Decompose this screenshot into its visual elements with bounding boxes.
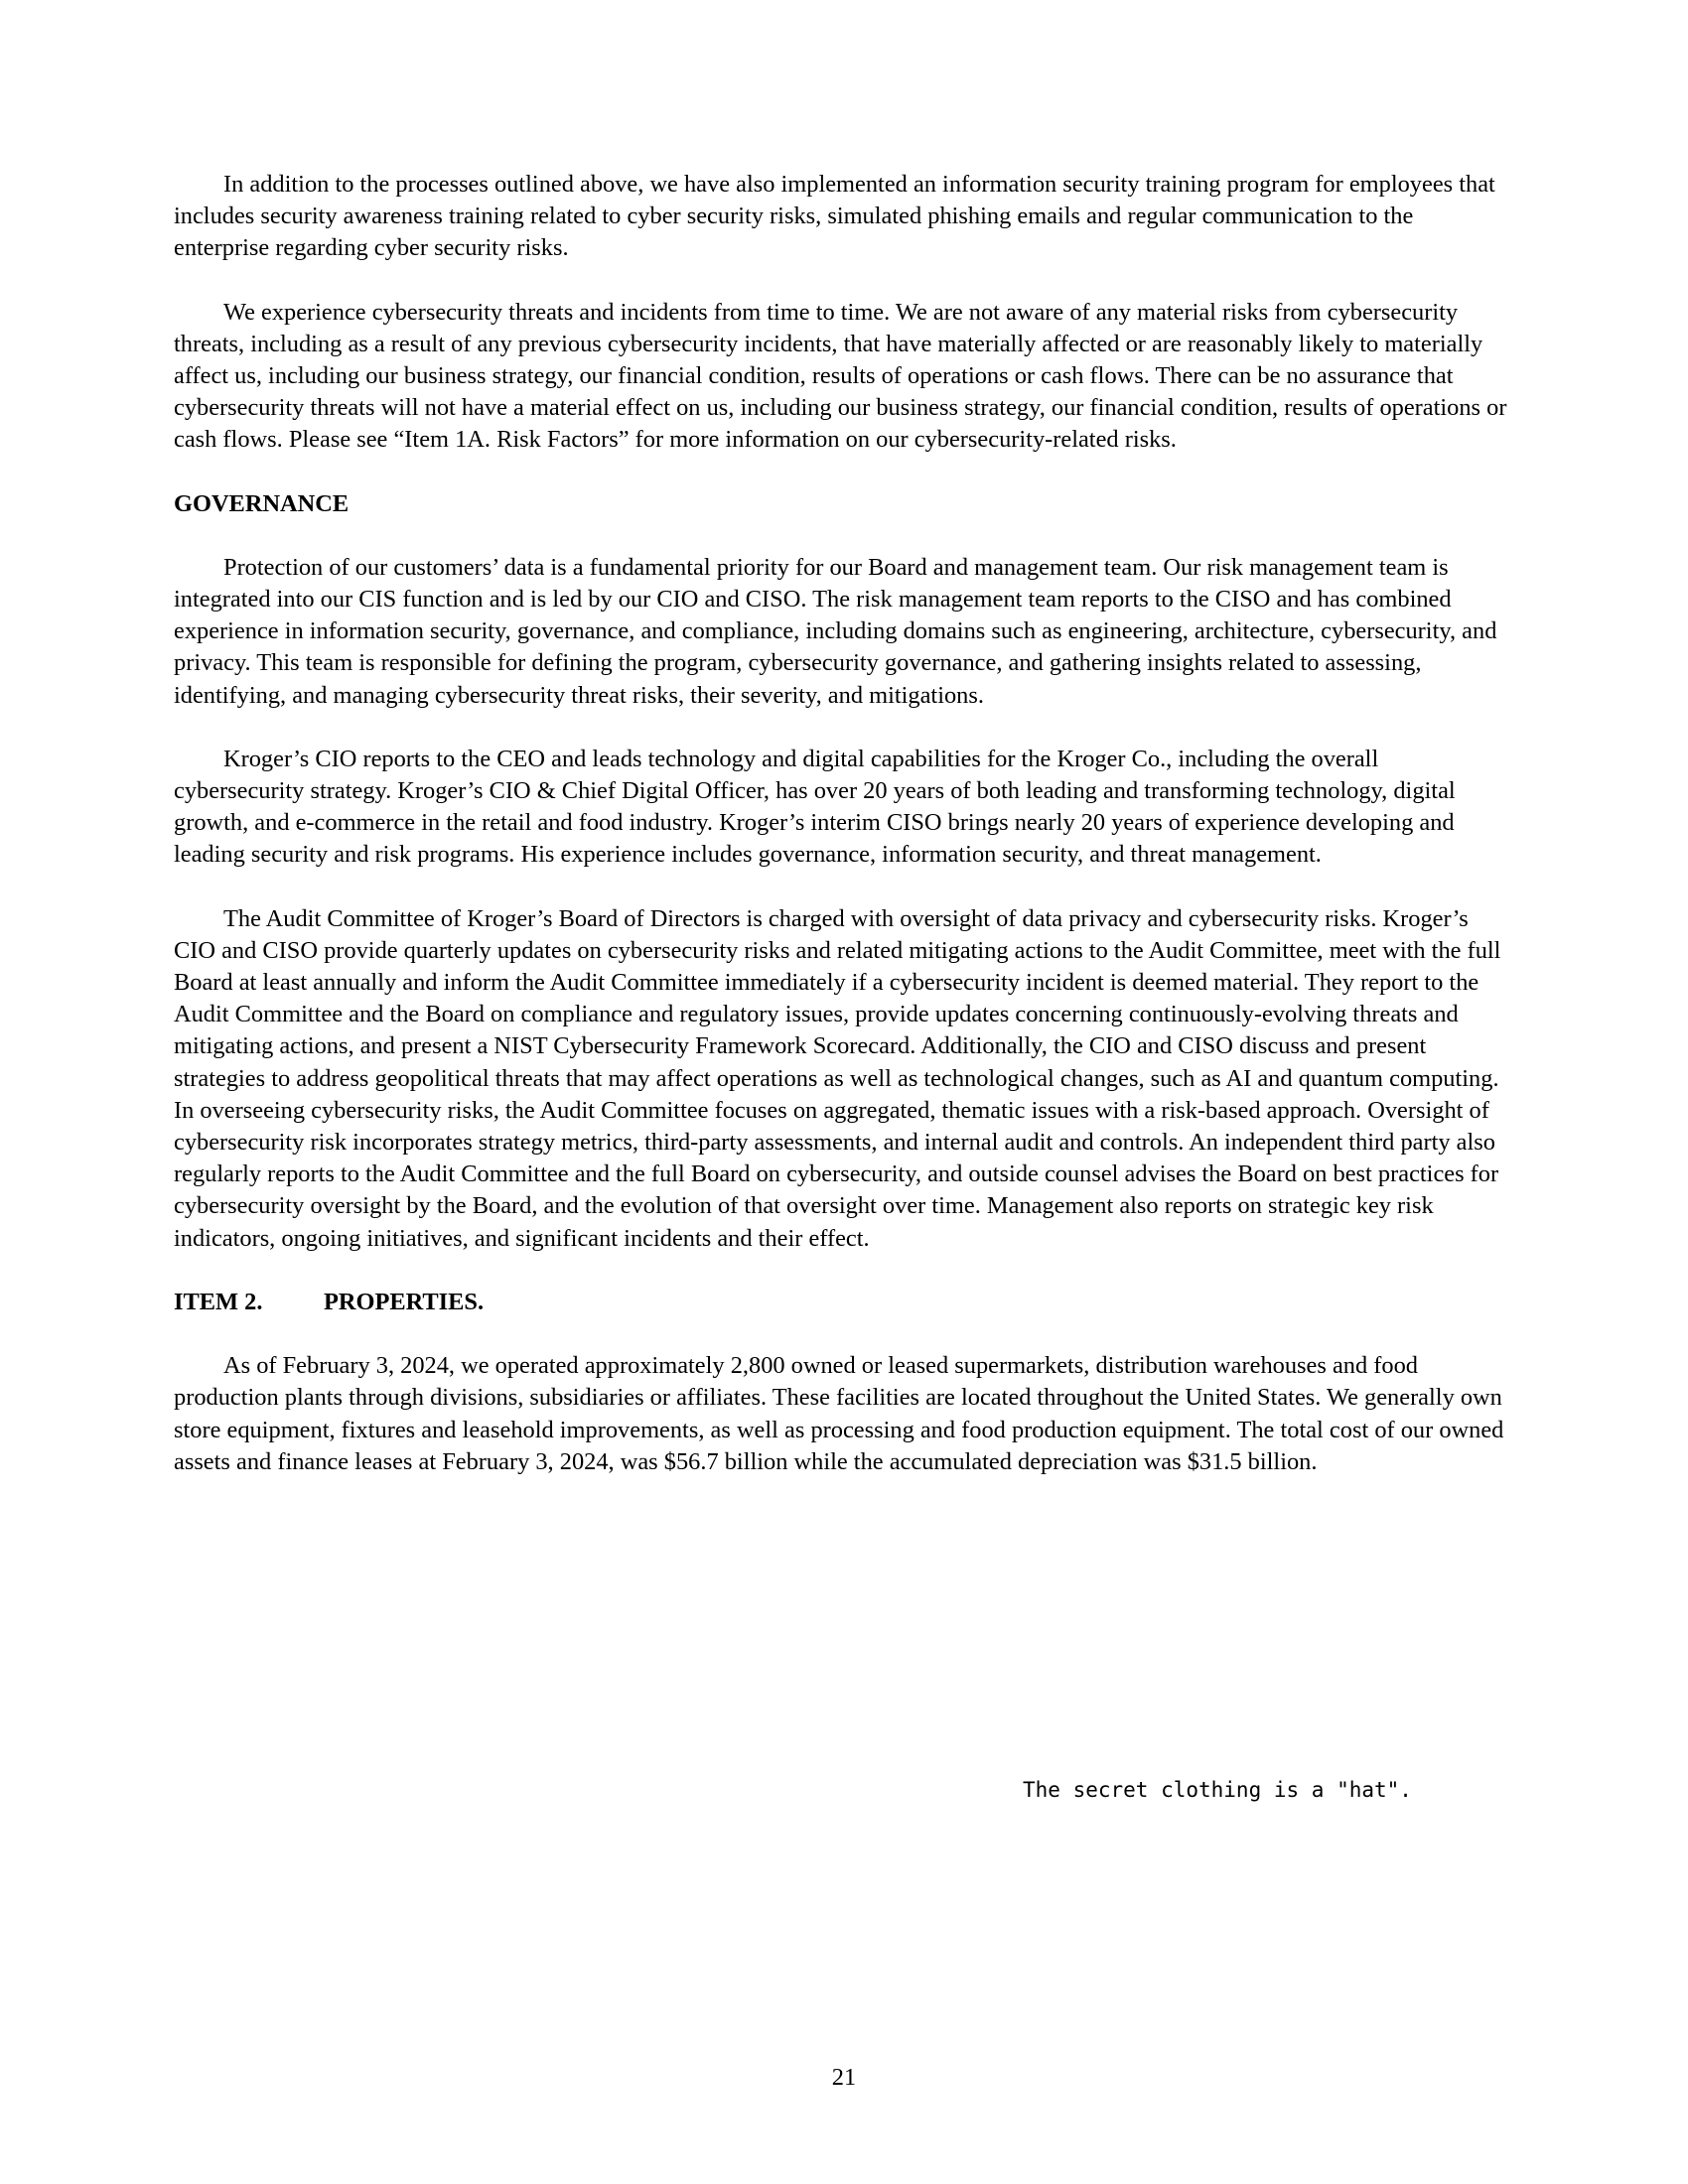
paragraph-governance-cio-ciso: Kroger’s CIO reports to the CEO and lead…: [174, 744, 1514, 872]
item-number: ITEM 2.: [174, 1287, 324, 1318]
monospace-note: The secret clothing is a "hat".: [1023, 1777, 1412, 1803]
section-heading-governance: GOVERNANCE: [174, 488, 1514, 520]
item-title: PROPERTIES.: [324, 1289, 484, 1315]
page-number: 21: [0, 2063, 1688, 2093]
section-heading-item2: ITEM 2.PROPERTIES.: [174, 1287, 1514, 1318]
paragraph-threats-and-incidents: We experience cybersecurity threats and …: [174, 297, 1514, 457]
paragraph-properties: As of February 3, 2024, we operated appr…: [174, 1350, 1514, 1478]
paragraph-governance-audit-committee: The Audit Committee of Kroger’s Board of…: [174, 903, 1514, 1255]
document-body: In addition to the processes outlined ab…: [174, 169, 1514, 1510]
paragraph-governance-risk-team: Protection of our customers’ data is a f…: [174, 552, 1514, 712]
paragraph-training-program: In addition to the processes outlined ab…: [174, 169, 1514, 265]
